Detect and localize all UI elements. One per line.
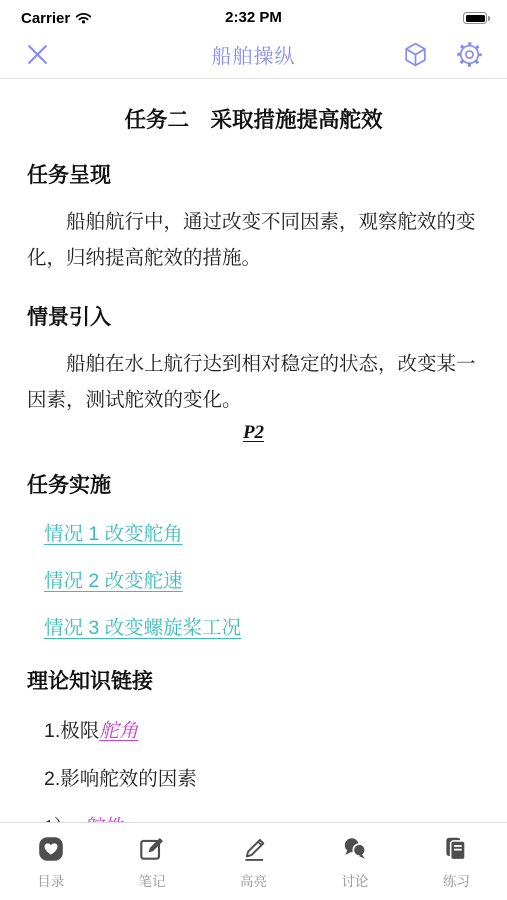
case-link-3[interactable]: 情况 3 改变螺旋桨工况	[44, 617, 241, 639]
case-row: 情况 3 改变螺旋桨工况	[27, 612, 480, 640]
reader-content: 任务二 采取措施提高舵效 任务呈现 船舶航行中，通过改变不同因素，观察舵效的变化…	[0, 103, 507, 839]
carrier-label: Carrier	[21, 10, 70, 27]
chapter-title: 任务二 采取措施提高舵效	[27, 103, 480, 134]
tab-discussion[interactable]: 讨论	[304, 823, 405, 890]
app-screen: Carrier 2:32 PM 船舶操纵	[0, 0, 507, 900]
section-heading-task-implementation: 任务实施	[27, 469, 480, 499]
theory-item-2: 2.影响舵效的因素	[27, 763, 480, 791]
close-icon	[26, 43, 49, 66]
wifi-icon	[75, 12, 92, 24]
section-heading-scenario-intro: 情景引入	[27, 301, 480, 331]
heart-badge-icon	[36, 834, 66, 864]
highlight-pencil-icon	[239, 834, 269, 864]
documents-icon	[441, 834, 471, 864]
page-reference-link[interactable]: P2	[243, 422, 264, 443]
case-link-2[interactable]: 情况 2 改变舵速	[44, 570, 183, 592]
battery-icon	[463, 12, 487, 24]
paragraph-task-presentation: 船舶航行中，通过改变不同因素，观察舵效的变化，归纳提高舵效的措施。	[27, 204, 480, 276]
compose-icon	[137, 834, 167, 864]
section-heading-task-presentation: 任务呈现	[27, 159, 480, 189]
tab-label: 目录	[37, 870, 64, 890]
nav-bar: 船舶操纵	[0, 30, 507, 79]
tab-bar: 目录 笔记 高亮 讨论	[0, 822, 507, 900]
tab-notes[interactable]: 笔记	[101, 823, 202, 890]
tab-exercises[interactable]: 练习	[406, 823, 507, 890]
tab-label: 讨论	[341, 870, 368, 890]
rudder-angle-link[interactable]: 舵角	[99, 720, 138, 742]
paragraph-scenario-intro: 船舶在水上航行达到相对稳定的状态，改变某一因素，测试舵效的变化。	[27, 346, 480, 418]
tab-label: 练习	[443, 870, 470, 890]
close-button[interactable]	[26, 43, 49, 66]
tab-label: 笔记	[139, 870, 166, 890]
theory-item-1-text: 1.极限	[44, 720, 99, 742]
case-row: 情况 1 改变舵角	[27, 518, 480, 546]
page-reference: P2	[27, 422, 480, 444]
case-link-1[interactable]: 情况 1 改变舵角	[44, 523, 183, 545]
chat-bubbles-icon	[340, 834, 370, 864]
cube-icon	[402, 41, 429, 68]
case-row: 情况 2 改变舵速	[27, 565, 480, 593]
section-heading-theory-links: 理论知识链接	[27, 665, 480, 695]
model-3d-button[interactable]	[402, 41, 429, 68]
tab-highlight[interactable]: 高亮	[203, 823, 304, 890]
tab-contents[interactable]: 目录	[0, 823, 101, 890]
gear-icon	[456, 41, 483, 68]
status-bar: Carrier 2:32 PM	[0, 0, 507, 30]
tab-label: 高亮	[240, 870, 267, 890]
theory-item-1: 1.极限舵角	[27, 715, 480, 743]
settings-button[interactable]	[456, 41, 483, 68]
